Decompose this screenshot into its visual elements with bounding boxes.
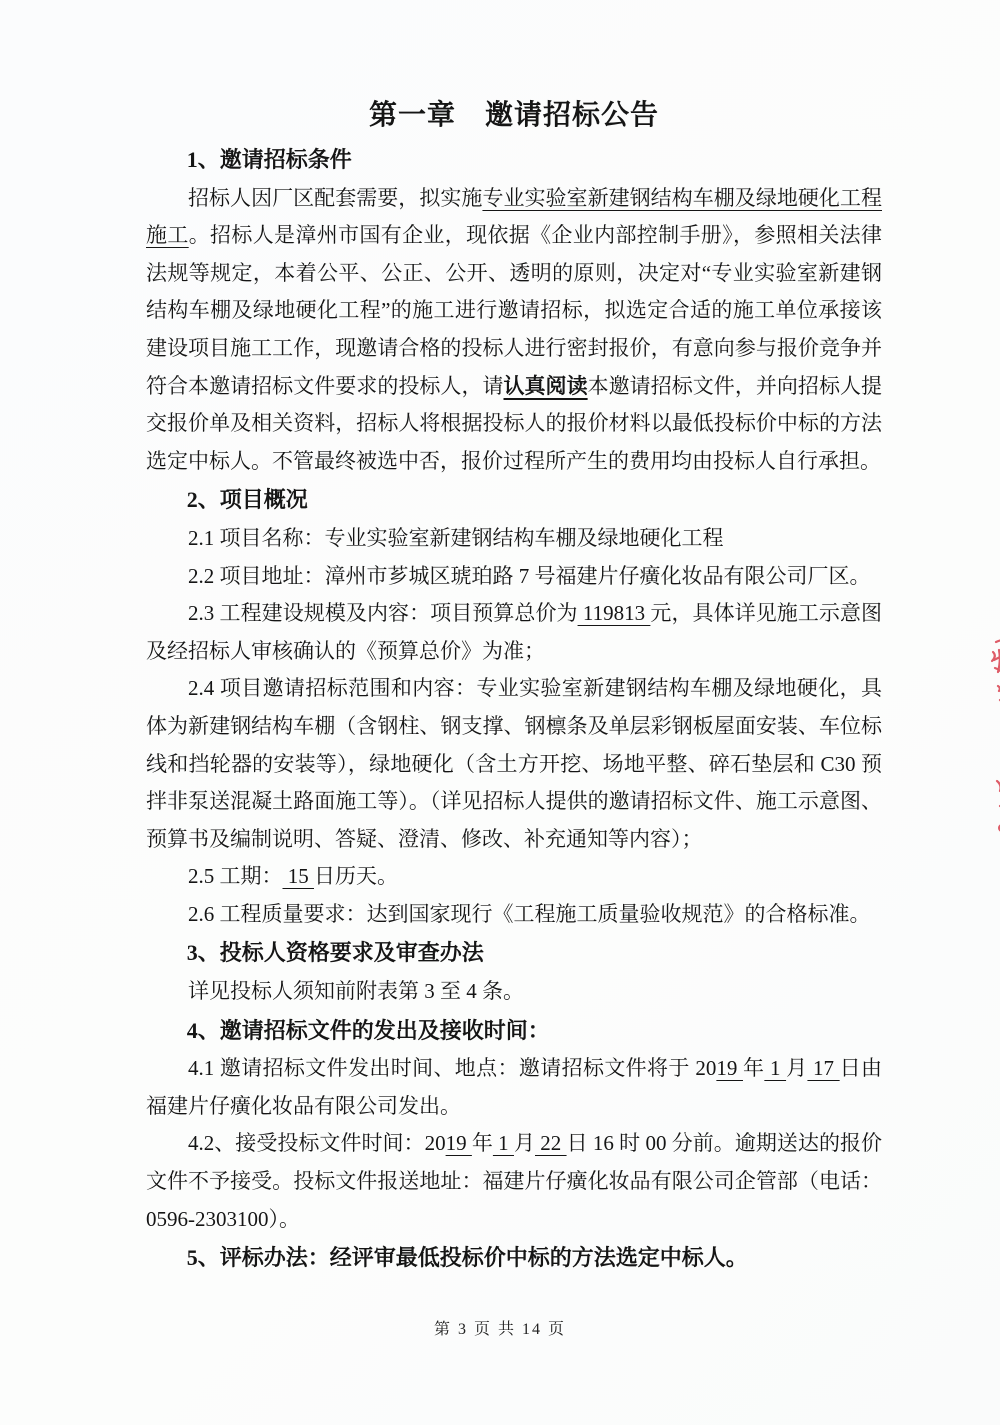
- underlined-receive-year: 19: [446, 1131, 472, 1155]
- text-run: 年: [472, 1131, 493, 1155]
- paragraph-project-name: 2.1 项目名称：专业实验室新建钢结构车棚及绿地硬化工程: [146, 520, 882, 558]
- text-run: 日历天。: [314, 864, 398, 888]
- section-4-heading: 4、邀请招标文件的发出及接收时间：: [146, 1012, 882, 1050]
- document-page: 第一章 邀请招标公告 1、邀请招标条件 招标人因厂区配套需要，拟实施专业实验室新…: [0, 0, 1000, 1425]
- paragraph-project-scale: 2.3 工程建设规模及内容：项目预算总价为 119813 元，具体详见施工示意图…: [146, 595, 882, 670]
- underlined-duration-value: 15: [283, 864, 315, 888]
- text-run: 年: [743, 1056, 764, 1080]
- text-run: 月: [514, 1131, 535, 1155]
- text-run: 2.3 工程建设规模及内容：项目预算总价为: [188, 601, 578, 625]
- underlined-issue-day: 17: [807, 1056, 839, 1080]
- underlined-receive-month: 1: [493, 1131, 514, 1155]
- text-run: 2.5 工期：: [188, 864, 283, 888]
- section-5-heading: 5、评标办法：经评审最低投标价中标的方法选定中标人。: [146, 1239, 882, 1277]
- underlined-budget-value: 119813: [578, 601, 651, 625]
- text-run: 4.1 邀请招标文件发出时间、地点：邀请招标文件将于 20: [188, 1056, 716, 1080]
- paragraph-receive-time: 4.2、接受投标文件时间：2019 年 1 月 22 日 16 时 00 分前。…: [146, 1125, 882, 1238]
- paragraph-issue-time: 4.1 邀请招标文件发出时间、地点：邀请招标文件将于 2019 年 1 月 17…: [146, 1050, 882, 1125]
- section-1-heading: 1、邀请招标条件: [146, 141, 882, 179]
- paragraph-project-scope: 2.4 项目邀请招标范围和内容：专业实验室新建钢结构车棚及绿地硬化，具体为新建钢…: [146, 670, 882, 858]
- paragraph-project-address: 2.2 项目地址：漳州市芗城区琥珀路 7 号福建片仔癀化妆品有限公司厂区。: [146, 558, 882, 596]
- section-3-heading: 3、投标人资格要求及审查办法: [146, 934, 882, 972]
- text-run: 招标人因厂区配套需要，拟实施: [188, 186, 482, 210]
- underlined-issue-year: 19: [716, 1056, 743, 1080]
- section-2-heading: 2、项目概况: [146, 481, 882, 519]
- document-content: 第一章 邀请招标公告 1、邀请招标条件 招标人因厂区配套需要，拟实施专业实验室新…: [146, 97, 882, 1278]
- red-ink-artifact: [986, 638, 1000, 848]
- paragraph-invitation-conditions: 招标人因厂区配套需要，拟实施专业实验室新建钢结构车棚及绿地硬化工程施工。招标人是…: [146, 180, 882, 481]
- emphasized-read-carefully: 认真阅读: [504, 374, 588, 398]
- red-ink-strokes-icon: [986, 638, 1000, 848]
- text-run: 4.2、接受投标文件时间：20: [188, 1131, 446, 1155]
- underlined-receive-day: 22: [535, 1131, 567, 1155]
- paragraph-duration: 2.5 工期： 15 日历天。: [146, 858, 882, 896]
- underlined-issue-month: 1: [764, 1056, 786, 1080]
- paragraph-qualification-reference: 详见投标人须知前附表第 3 至 4 条。: [146, 973, 882, 1011]
- text-run: 。招标人是漳州市国有企业，现依据《企业内部控制手册》，参照相关法律法规等规定，本…: [146, 223, 882, 397]
- chapter-title: 第一章 邀请招标公告: [146, 97, 882, 135]
- paragraph-quality-requirement: 2.6 工程质量要求：达到国家现行《工程施工质量验收规范》的合格标准。: [146, 896, 882, 934]
- text-run: 月: [786, 1056, 807, 1080]
- page-number-footer: 第 3 页 共 14 页: [0, 1316, 1000, 1344]
